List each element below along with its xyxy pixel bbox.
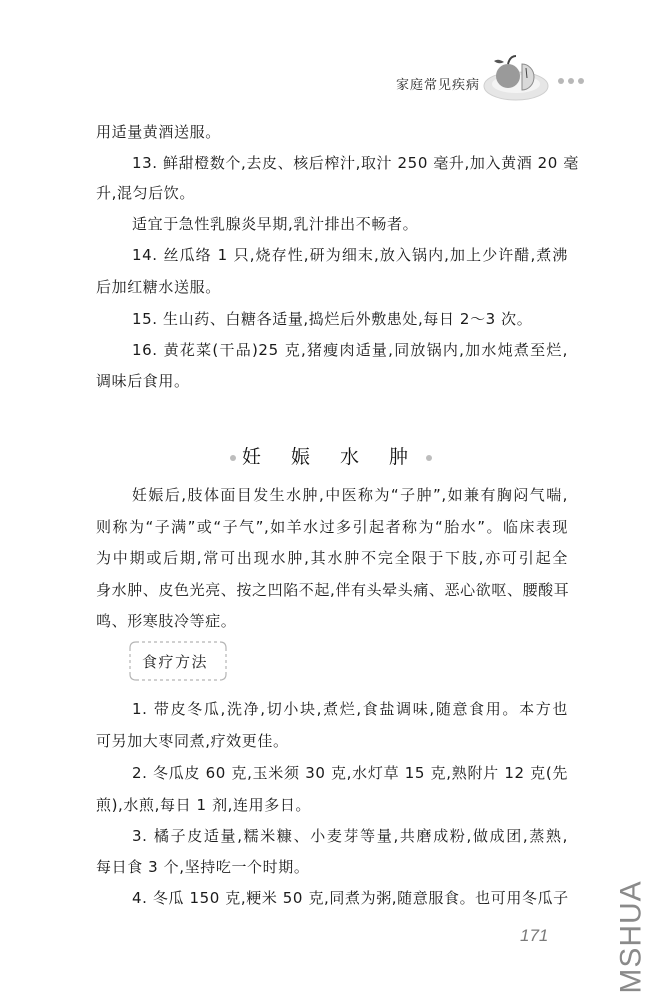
method-line: 4. 冬瓜 150 克,粳米 50 克,同煮为粥,随意服食。也可用冬瓜子 [132, 888, 568, 908]
intro-line: 则称为“子满”或“子气”,如羊水过多引起者称为“胎水”。临床表现 [96, 517, 568, 537]
intro-line: 妊娠后,肢体面目发生水肿,中医称为“子肿”,如兼有胸闷气喘, [132, 485, 568, 505]
text-line: 15. 生山药、白糖各适量,捣烂后外敷患处,每日 2～3 次。 [132, 309, 568, 329]
watermark-text: MSHUA [615, 880, 649, 993]
intro-line: 为中期或后期,常可出现水肿,其水肿不完全限于下肢,亦可引起全 [96, 548, 568, 568]
running-title: 家庭常见疾病 [396, 74, 480, 93]
text-line: 用适量黄酒送服。 [96, 122, 568, 142]
method-line: 2. 冬瓜皮 60 克,玉米须 30 克,水灯草 15 克,熟附片 12 克(先 [132, 763, 568, 783]
text-line: 16. 黄花菜(干品)25 克,猪瘦肉适量,同放锅内,加水炖煮至烂, [132, 340, 568, 360]
section-title-text: 妊 娠 水 肿 [242, 446, 420, 468]
intro-line: 身水肿、皮色光亮、按之凹陷不起,伴有头晕头痛、恶心欲呕、腰酸耳 [96, 580, 568, 600]
ellipsis-dots-icon [558, 78, 584, 84]
text-line: 适宜于急性乳腺炎早期,乳汁排出不畅者。 [132, 214, 568, 234]
page-number: 171 [520, 926, 548, 946]
bullet-dot-icon [230, 455, 236, 461]
section-title: 妊 娠 水 肿 [0, 442, 662, 469]
method-line: 煎),水煎,每日 1 剂,连用多日。 [96, 795, 568, 815]
watermark: MSHUA [615, 878, 651, 998]
method-label: 食疗方法 [142, 651, 208, 672]
intro-line: 鸣、形寒肢冷等症。 [96, 611, 568, 631]
method-line: 3. 橘子皮适量,糯米糠、小麦芽等量,共磨成粉,做成团,蒸熟, [132, 826, 568, 846]
method-line: 可另加大枣同煮,疗效更佳。 [96, 731, 568, 751]
text-line: 后加红糖水送服。 [96, 277, 568, 297]
text-line: 14. 丝瓜络 1 只,烧存性,研为细末,放入锅内,加上少许醋,煮沸 [132, 245, 568, 265]
text-line: 升,混匀后饮。 [96, 183, 568, 203]
method-label-box: 食疗方法 [126, 636, 230, 686]
text-line: 调味后食用。 [96, 371, 568, 391]
method-line: 每日食 3 个,坚持吃一个时期。 [96, 857, 568, 877]
text-line: 13. 鲜甜橙数个,去皮、核后榨汁,取汁 250 毫升,加入黄酒 20 毫 [132, 153, 568, 173]
running-header: 家庭常见疾病 [362, 52, 662, 112]
bullet-dot-icon [426, 455, 432, 461]
method-line: 1. 带皮冬瓜,洗净,切小块,煮烂,食盐调味,随意食用。本方也 [132, 699, 568, 719]
apple-plate-icon [482, 52, 550, 102]
